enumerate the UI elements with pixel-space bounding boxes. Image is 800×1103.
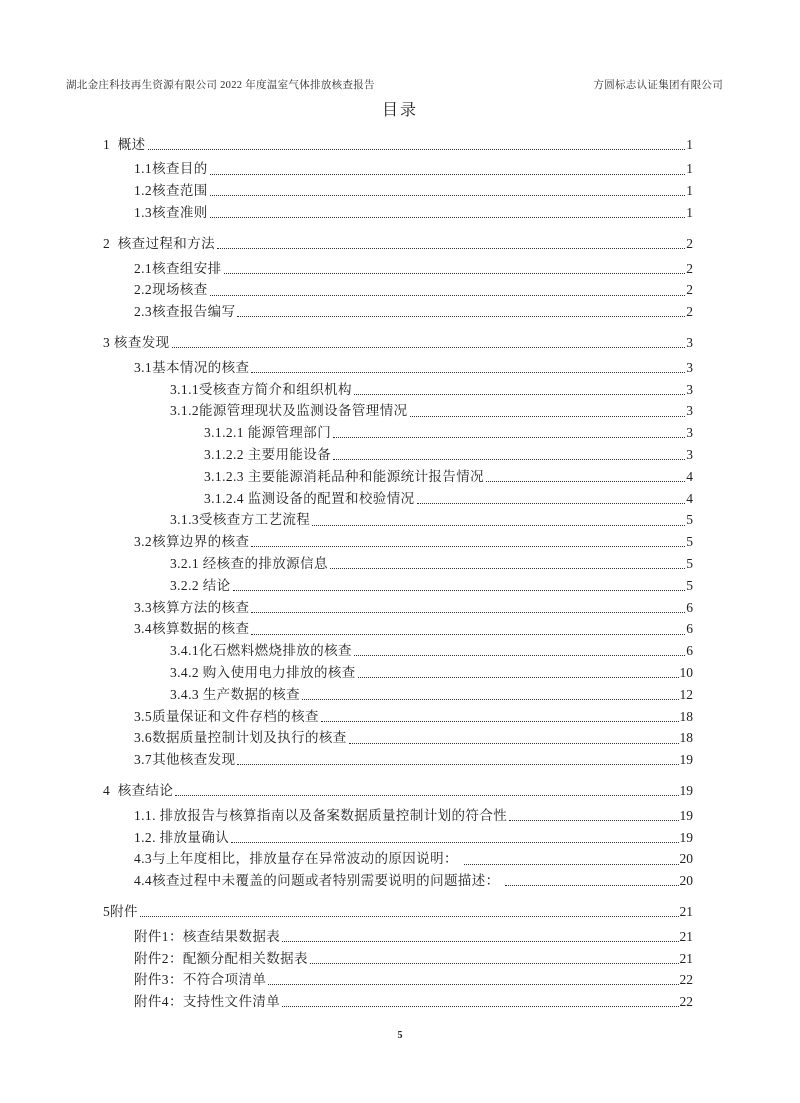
- toc-entry[interactable]: 5附件 21: [103, 898, 693, 920]
- toc-entry-label: 1.1. 排放报告与核算指南以及备案数据质量控制计划的符合性: [134, 808, 507, 824]
- toc-entry[interactable]: 3.6数据质量控制计划及执行的核查 18: [103, 725, 693, 747]
- toc-dot-leader: [268, 983, 678, 985]
- toc-entry-label: 2 核查过程和方法: [103, 236, 215, 252]
- toc-entry[interactable]: 4 核查结论 19: [103, 777, 693, 799]
- toc-entry[interactable]: 3.1.1受核查方简介和组织机构 3: [103, 376, 693, 398]
- toc-dot-leader: [175, 794, 678, 796]
- toc-entry[interactable]: 3.1基本情况的核查 3: [103, 354, 693, 376]
- toc-entry-label: 3.4核算数据的核查: [134, 621, 249, 637]
- toc-entry-label: 3.1基本情况的核查: [134, 360, 249, 376]
- toc-entry[interactable]: 3.3核算方法的核查 6: [103, 594, 693, 616]
- toc-entry-page: 3: [686, 360, 693, 376]
- toc-dot-leader: [282, 1005, 678, 1007]
- toc-dot-leader: [349, 742, 679, 744]
- toc-entry-page: 22: [680, 972, 694, 988]
- toc-entry-label: 1.1核查目的: [134, 161, 208, 177]
- toc-entry-page: 5: [686, 512, 693, 528]
- toc-entry-label: 3 核查发现: [103, 335, 170, 351]
- toc-entry-label: 3.2.2 结论: [170, 578, 231, 594]
- toc-list: 1 概述 1 1.1核查目的 1 1.2核查范围 1 1.3核查准则 1 2 核…: [103, 122, 693, 1010]
- toc-entry-page: 22: [680, 994, 694, 1010]
- toc-entry-page: 21: [680, 929, 694, 945]
- toc-entry-label: 3.1.2.3 主要能源消耗品种和能源统计报告情况: [204, 469, 484, 485]
- toc-entry[interactable]: 3.1.2.3 主要能源消耗品种和能源统计报告情况 4: [103, 463, 693, 485]
- toc-entry-page: 19: [680, 830, 694, 846]
- toc-dot-leader: [509, 819, 678, 821]
- toc-entry[interactable]: 3.1.3受核查方工艺流程 5: [103, 507, 693, 529]
- toc-entry-page: 2: [686, 236, 693, 252]
- toc-entry-page: 3: [686, 335, 693, 351]
- toc-entry[interactable]: 3.2.2 结论 5: [103, 572, 693, 594]
- toc-entry-label: 1.2核查范围: [134, 183, 208, 199]
- toc-entry[interactable]: 4.4核查过程中未覆盖的问题或者特别需要说明的问题描述： 20: [103, 868, 693, 890]
- toc-dot-leader: [210, 216, 686, 218]
- toc-dot-leader: [140, 915, 679, 917]
- toc-entry[interactable]: 3.4.2 购入使用电力排放的核查 10: [103, 659, 693, 681]
- toc-entry-label: 4.3与上年度相比，排放量存在异常波动的原因说明：: [134, 851, 462, 867]
- toc-entry[interactable]: 3.7其他核查发现 19: [103, 747, 693, 769]
- toc-dot-leader: [251, 371, 685, 373]
- toc-dot-leader: [282, 940, 678, 942]
- toc-entry-label: 3.1.2能源管理现状及监测设备管理情况: [170, 403, 408, 419]
- toc-entry[interactable]: 1.2. 排放量确认 19: [103, 824, 693, 846]
- toc-dot-leader: [486, 480, 685, 482]
- toc-entry-page: 1: [686, 161, 693, 177]
- toc-entry-page: 1: [686, 183, 693, 199]
- toc-entry-page: 1: [686, 205, 693, 221]
- toc-entry-label: 附件2：配额分配相关数据表: [134, 951, 308, 967]
- toc-entry-label: 3.2核算边界的核查: [134, 534, 249, 550]
- toc-dot-leader: [312, 524, 685, 526]
- toc-entry-label: 1 概述: [103, 137, 146, 153]
- toc-entry-label: 3.1.2.1 能源管理部门: [204, 425, 331, 441]
- toc-dot-leader: [302, 698, 678, 700]
- page-footer: 5: [0, 1030, 800, 1041]
- toc-entry-label: 3.2.1 经核查的排放源信息: [170, 556, 328, 572]
- toc-entry[interactable]: 3.2核算边界的核查 5: [103, 529, 693, 551]
- toc-entry-page: 18: [680, 709, 694, 725]
- toc-entry-page: 10: [680, 665, 694, 681]
- toc-entry-label: 3.4.2 购入使用电力排放的核查: [170, 665, 356, 681]
- document-page: 湖北金庄科技再生资源有限公司 2022 年度温室气体排放核查报告 方圆标志认证集…: [0, 0, 800, 1103]
- toc-entry[interactable]: 1 概述 1: [103, 131, 693, 153]
- toc-entry-label: 附件4：支持性文件清单: [134, 994, 280, 1010]
- toc-entry[interactable]: 1.2核查范围 1: [103, 178, 693, 200]
- toc-entry-page: 5: [686, 556, 693, 572]
- toc-entry[interactable]: 1.1核查目的 1: [103, 156, 693, 178]
- toc-dot-leader: [251, 545, 685, 547]
- toc-entry-label: 3.1.1受核查方简介和组织机构: [170, 382, 352, 398]
- toc-entry-page: 2: [686, 304, 693, 320]
- toc-entry[interactable]: 2.2现场核查 2: [103, 277, 693, 299]
- toc-entry-page: 3: [686, 382, 693, 398]
- toc-entry[interactable]: 3.4.1化石燃料燃烧排放的核查 6: [103, 638, 693, 660]
- toc-dot-leader: [237, 315, 685, 317]
- toc-dot-leader: [464, 863, 679, 865]
- toc-entry[interactable]: 3.1.2.1 能源管理部门 3: [103, 420, 693, 442]
- page-header: 湖北金庄科技再生资源有限公司 2022 年度温室气体排放核查报告 方圆标志认证集…: [66, 77, 723, 92]
- toc-entry[interactable]: 附件2：配额分配相关数据表 21: [103, 945, 693, 967]
- toc-entry-page: 4: [686, 469, 693, 485]
- toc-entry[interactable]: 2.1核查组安排 2: [103, 255, 693, 277]
- toc-entry-page: 20: [680, 851, 694, 867]
- toc-entry-page: 20: [680, 873, 694, 889]
- toc-entry-label: 3.7其他核查发现: [134, 752, 235, 768]
- toc-dot-leader: [172, 346, 686, 348]
- toc-entry-label: 1.3核查准则: [134, 205, 208, 221]
- toc-entry-page: 3: [686, 447, 693, 463]
- toc-dot-leader: [210, 173, 686, 175]
- toc-entry[interactable]: 3 核查发现 3: [103, 329, 693, 351]
- toc-entry-label: 3.1.2.4 监测设备的配置和校验情况: [204, 491, 415, 507]
- toc-dot-leader: [224, 272, 686, 274]
- toc-entry-label: 3.1.2.2 主要用能设备: [204, 447, 331, 463]
- toc-entry[interactable]: 3.5质量保证和文件存档的核查 18: [103, 703, 693, 725]
- toc-dot-leader: [358, 676, 679, 678]
- toc-dot-leader: [237, 763, 678, 765]
- toc-entry[interactable]: 2.3核查报告编写 2: [103, 299, 693, 321]
- toc-dot-leader: [333, 436, 685, 438]
- toc-entry-page: 1: [686, 137, 693, 153]
- toc-dot-leader: [148, 148, 686, 150]
- toc-entry-label: 3.4.3 生产数据的核查: [170, 687, 300, 703]
- toc-entry[interactable]: 附件3：不符合项清单 22: [103, 967, 693, 989]
- toc-dot-leader: [310, 962, 679, 964]
- toc-entry[interactable]: 3.1.2能源管理现状及监测设备管理情况 3: [103, 398, 693, 420]
- toc-entry-page: 19: [680, 752, 694, 768]
- toc-entry-label: 附件1：核查结果数据表: [134, 929, 280, 945]
- toc-dot-leader: [321, 720, 679, 722]
- toc-dot-leader: [251, 633, 685, 635]
- footer-page-number: 5: [398, 1030, 403, 1041]
- toc-entry-page: 6: [686, 600, 693, 616]
- toc-dot-leader: [333, 458, 685, 460]
- toc-entry-page: 2: [686, 261, 693, 277]
- toc-entry[interactable]: 附件4：支持性文件清单 22: [103, 988, 693, 1010]
- toc-dot-leader: [210, 194, 686, 196]
- toc-entry-label: 3.3核算方法的核查: [134, 600, 249, 616]
- toc-entry-page: 19: [680, 808, 694, 824]
- toc-dot-leader: [217, 247, 685, 249]
- toc-entry-label: 4 核查结论: [103, 783, 173, 799]
- toc-entry[interactable]: 1.3核查准则 1: [103, 199, 693, 221]
- toc-entry[interactable]: 3.1.2.2 主要用能设备 3: [103, 441, 693, 463]
- toc-entry-page: 4: [686, 491, 693, 507]
- toc-entry-label: 3.6数据质量控制计划及执行的核查: [134, 730, 347, 746]
- toc-entry[interactable]: 2 核查过程和方法 2: [103, 230, 693, 252]
- toc-entry-label: 2.1核查组安排: [134, 261, 222, 277]
- toc-entry[interactable]: 3.4核算数据的核查 6: [103, 616, 693, 638]
- toc-entry-page: 19: [680, 783, 694, 799]
- toc-entry[interactable]: 1.1. 排放报告与核算指南以及备案数据质量控制计划的符合性 19: [103, 802, 693, 824]
- toc-entry-label: 2.2现场核查: [134, 282, 208, 298]
- toc-dot-leader: [417, 502, 686, 504]
- toc-entry-label: 3.1.3受核查方工艺流程: [170, 512, 310, 528]
- toc-dot-leader: [410, 415, 686, 417]
- toc-entry[interactable]: 3.1.2.4 监测设备的配置和校验情况 4: [103, 485, 693, 507]
- toc-dot-leader: [330, 567, 685, 569]
- header-org-name: 方圆标志认证集团有限公司: [593, 77, 723, 92]
- toc-entry-label: 2.3核查报告编写: [134, 304, 235, 320]
- toc-entry-page: 3: [686, 403, 693, 419]
- toc-entry-page: 5: [686, 534, 693, 550]
- toc-entry-page: 18: [680, 730, 694, 746]
- toc-entry[interactable]: 4.3与上年度相比，排放量存在异常波动的原因说明： 20: [103, 846, 693, 868]
- toc-entry-label: 5附件: [103, 904, 138, 920]
- toc-entry-page: 6: [686, 621, 693, 637]
- toc-entry[interactable]: 3.2.1 经核查的排放源信息 5: [103, 550, 693, 572]
- toc-entry-label: 3.4.1化石燃料燃烧排放的核查: [170, 643, 352, 659]
- toc-entry-page: 6: [686, 643, 693, 659]
- toc-entry-label: 1.2. 排放量确认: [134, 830, 229, 846]
- toc-entry[interactable]: 3.4.3 生产数据的核查 12: [103, 681, 693, 703]
- toc-entry-label: 3.5质量保证和文件存档的核查: [134, 709, 319, 725]
- toc-dot-leader: [354, 654, 685, 656]
- toc-entry-page: 12: [680, 687, 694, 703]
- toc-entry-page: 2: [686, 282, 693, 298]
- toc-title: 目录: [0, 97, 800, 120]
- toc-dot-leader: [233, 589, 686, 591]
- toc-entry-page: 21: [680, 951, 694, 967]
- toc-entry-label: 附件3：不符合项清单: [134, 972, 266, 988]
- toc-entry-label: 4.4核查过程中未覆盖的问题或者特别需要说明的问题描述：: [134, 873, 503, 889]
- toc-dot-leader: [354, 393, 685, 395]
- toc-dot-leader: [251, 611, 685, 613]
- toc-entry-page: 3: [686, 425, 693, 441]
- toc-dot-leader: [231, 841, 678, 843]
- toc-entry-page: 5: [686, 578, 693, 594]
- toc-dot-leader: [210, 294, 686, 296]
- toc-entry[interactable]: 附件1：核查结果数据表 21: [103, 923, 693, 945]
- toc-entry-page: 21: [680, 904, 694, 920]
- header-report-title: 湖北金庄科技再生资源有限公司 2022 年度温室气体排放核查报告: [66, 77, 375, 92]
- toc-dot-leader: [505, 884, 678, 886]
